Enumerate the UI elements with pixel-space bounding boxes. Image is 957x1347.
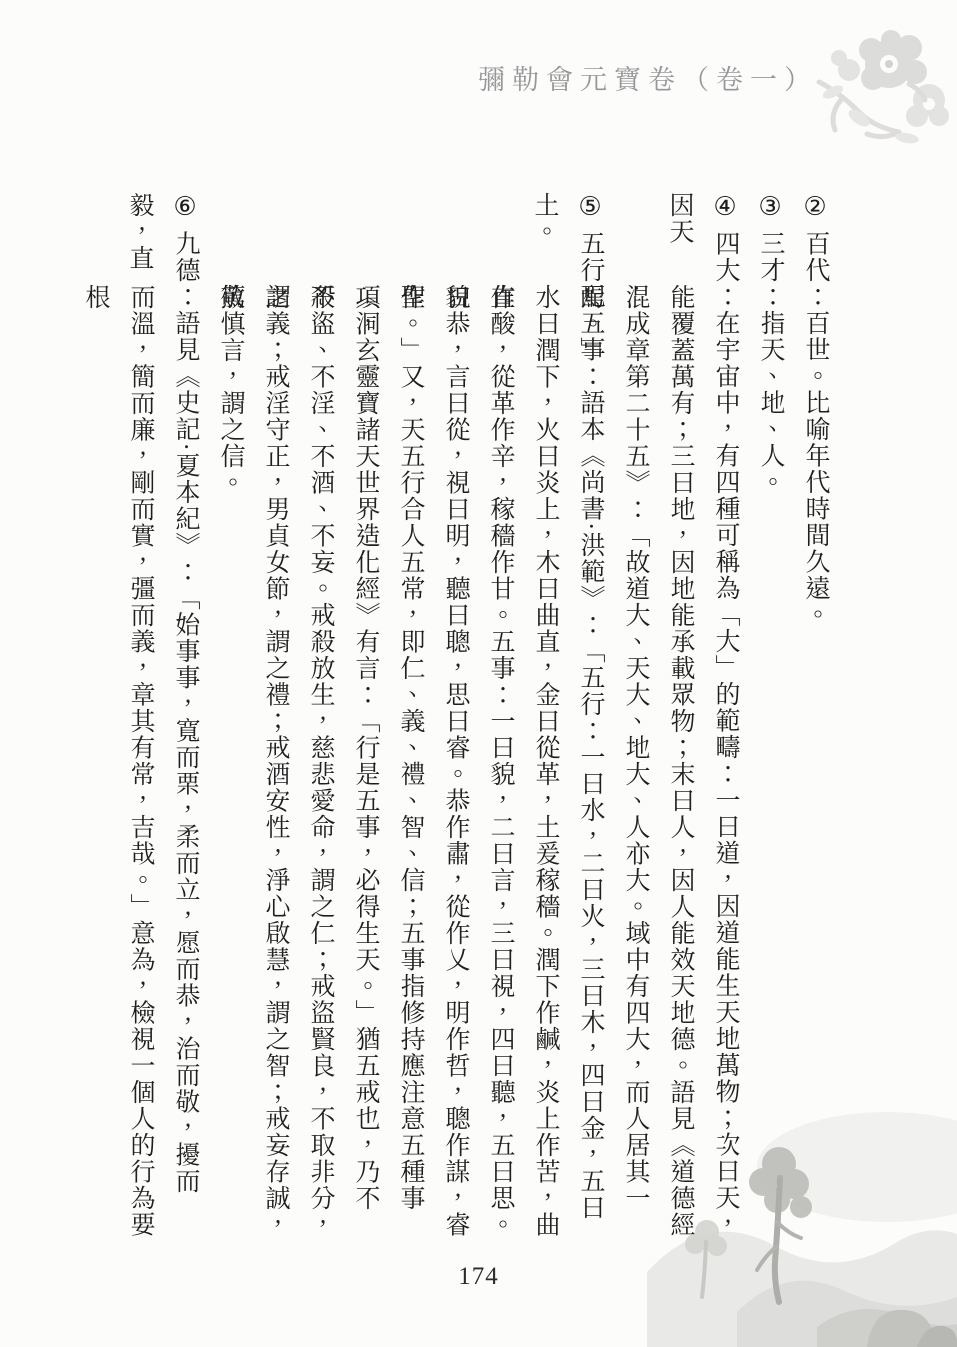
note-column: ⑥九德：語見《史記·夏本紀》：「始事事，寬而栗，柔而立，愿而恭，治而敬，擾而毅，… <box>163 192 208 1242</box>
note-column: 《洞玄靈寶諸天世界造化經》有言：「行是五事，必得生天。」猶五戒也，乃不殺、 <box>343 192 388 1242</box>
note-column: ②百代：百世。比喻年代時間久遠。 <box>793 192 838 1242</box>
book-page: 彌勒會元寶卷（卷一） <box>0 0 957 1347</box>
page-title: 彌勒會元寶卷（卷一） <box>478 58 798 97</box>
note-column: 曰恭，言曰從，視曰明，聽曰聰，思曰睿。恭作肅，從作乂，明作哲，聰作謀，睿作 <box>433 192 478 1242</box>
note-number-6: ⑥ <box>170 192 200 224</box>
note-number-4: ④ <box>710 192 740 224</box>
note-column: 聖。」又，天五行合人五常，即仁、義、禮、智、信；五事指修持應注意五種事項， <box>388 192 433 1242</box>
note-column: ④四大：在宇宙中，有四種可稱為「大」的範疇：一曰道，因道能生天地萬物；次曰天，因… <box>703 192 748 1242</box>
note-column: 而溫，簡而廉，剛而實，彊而義，章其有常，吉哉。」意為，檢視一個人的行為要根 <box>118 192 163 1242</box>
note-column: 之義；戒淫守正，男貞女節，謂之禮；戒酒安性，淨心啟慧，謂之智；戒妄存誠，篤 <box>253 192 298 1242</box>
annotations-block: ②百代：百世。比喻年代時間久遠。 ③三才：指天、地、人。 ④四大：在宇宙中，有四… <box>118 192 838 1242</box>
note-number-3: ③ <box>755 192 785 224</box>
note-number-5: ⑤ <box>575 192 605 224</box>
note-column: 水曰潤下，火曰炎上，木曰曲直，金曰從革，土爰稼穡。潤下作鹹，炎上作苦，曲直 <box>523 192 568 1242</box>
note-column: 能覆蓋萬有；三曰地，因地能承載眾物；末曰人，因人能效天地德。語見《道德經· <box>658 192 703 1242</box>
note-column: ③三才：指天、地、人。 <box>748 192 793 1242</box>
note-text: 三才：指天、地、人。 <box>757 231 784 496</box>
page-number: 174 <box>0 1263 957 1291</box>
note-column: 混成章第二十五》：「故道大、天大、地大、人亦大。域中有四大，而人居其一焉。」 <box>613 192 658 1242</box>
note-column: 敬慎言，謂之信。 <box>208 192 253 1242</box>
note-number-2: ② <box>800 192 830 224</box>
note-text: 而溫，簡而廉，剛而實，彊而義，章其有常，吉哉。」意為，檢視一個人的行為要根 <box>82 284 154 1238</box>
note-column: 作酸，從革作辛，稼穡作甘。五事：一曰貌，二曰言，三曰視，四曰聽，五曰思。貌 <box>478 192 523 1242</box>
floral-ornament-icon <box>789 22 949 157</box>
note-text: 敬慎言，謂之信。 <box>217 284 244 496</box>
note-column: 不盜、不淫、不酒、不妄。戒殺放生，慈悲愛命，謂之仁；戒盜賢良，不取非分，謂 <box>298 192 343 1242</box>
note-text: 百代：百世。比喻年代時間久遠。 <box>802 231 829 629</box>
landscape-ornament-icon <box>587 1112 957 1347</box>
